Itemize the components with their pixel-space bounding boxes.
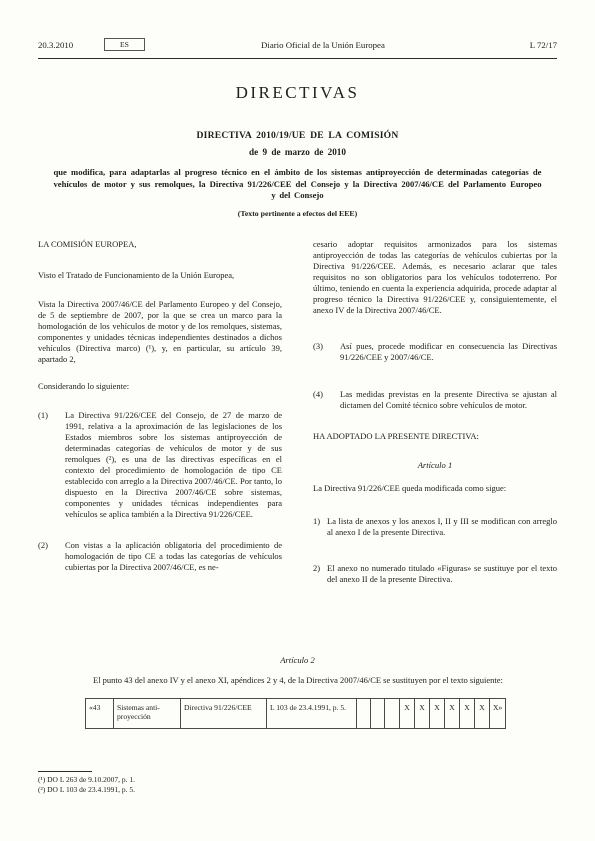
journal-title: Diario Oficial de la Unión Europea: [155, 40, 491, 50]
applicability-cell: X: [400, 698, 415, 728]
article-1-heading: Artículo 1: [313, 460, 557, 471]
applicability-cell: [371, 698, 385, 728]
recital-text: Las medidas previstas en la presente Dir…: [340, 389, 557, 411]
page-reference: L 72/17: [491, 40, 557, 50]
footnote-2: (²) DO L 103 de 23.4.1991, p. 5.: [38, 785, 135, 795]
footnotes-block: (¹) DO L 263 de 9.10.2007, p. 1. (²) DO …: [38, 771, 135, 795]
footnote-1: (¹) DO L 263 de 9.10.2007, p. 1.: [38, 775, 135, 785]
recital-number: (2): [38, 540, 65, 573]
annex-amendment-table: «43 Sistemas anti-proyección Directiva 9…: [85, 698, 506, 729]
item-text: El anexo no numerado titulado «Figuras» …: [327, 563, 557, 585]
article-1-intro: La Directiva 91/226/CEE queda modificada…: [313, 483, 557, 494]
vista-paragraph: Vista la Directiva 2007/46/CE del Parlam…: [38, 299, 282, 365]
article-2-section: Artículo 2 El punto 43 del anexo IV y el…: [38, 655, 557, 729]
applicability-cell: X: [430, 698, 445, 728]
article-2-heading: Artículo 2: [38, 655, 557, 665]
applicability-cell: [357, 698, 371, 728]
recital-3: (3) Así pues, procede modificar en conse…: [313, 341, 557, 363]
recital-2-continuation: cesario adoptar requisitos armonizados p…: [313, 239, 557, 316]
item-number-cell: «43: [86, 698, 114, 728]
eea-relevance-note: (Texto pertinente a efectos del EEE): [38, 209, 557, 218]
commission-opening: LA COMISIÓN EUROPEA,: [38, 239, 282, 250]
article-1-item-1: 1) La lista de anexos y los anexos I, II…: [313, 516, 557, 538]
applicability-cell: X: [460, 698, 475, 728]
footnote-rule: [38, 771, 92, 772]
table-row: «43 Sistemas anti-proyección Directiva 9…: [86, 698, 506, 728]
header-date: 20.3.2010: [38, 40, 104, 50]
recital-1: (1) La Directiva 91/226/CEE del Consejo,…: [38, 410, 282, 520]
visto-paragraph: Visto el Tratado de Funcionamiento de la…: [38, 270, 282, 281]
article-1-item-2: 2) El anexo no numerado titulado «Figura…: [313, 563, 557, 585]
applicability-cell: [385, 698, 400, 728]
article-2-intro: El punto 43 del anexo IV y el anexo XI, …: [93, 675, 540, 686]
item-number: 1): [313, 516, 327, 538]
applicability-cell: X: [415, 698, 430, 728]
recital-text: Con vistas a la aplicación obligatoria d…: [65, 540, 282, 573]
applicability-cell: X: [475, 698, 490, 728]
recital-text: La Directiva 91/226/CEE del Consejo, de …: [65, 410, 282, 520]
recital-number: (4): [313, 389, 340, 411]
language-badge: ES: [104, 38, 145, 51]
directive-title: DIRECTIVA 2010/19/UE DE LA COMISIÓN: [38, 130, 557, 141]
recital-text: Así pues, procede modificar en consecuen…: [340, 341, 557, 363]
considerando-line: Considerando lo siguiente:: [38, 381, 282, 392]
section-title: DIRECTIVAS: [38, 83, 557, 103]
applicability-cell: X: [445, 698, 460, 728]
recital-number: (1): [38, 410, 65, 520]
page-header: 20.3.2010 ES Diario Oficial de la Unión …: [38, 38, 557, 59]
recital-2: (2) Con vistas a la aplicación obligator…: [38, 540, 282, 573]
item-text: La lista de anexos y los anexos I, II y …: [327, 516, 557, 538]
adoption-line: HA ADOPTADO LA PRESENTE DIRECTIVA:: [313, 431, 557, 442]
left-column: LA COMISIÓN EUROPEA, Visto el Tratado de…: [38, 239, 282, 585]
directive-subtitle: que modifica, para adaptarlas al progres…: [54, 167, 542, 202]
recital-4: (4) Las medidas previstas en la presente…: [313, 389, 557, 411]
item-number: 2): [313, 563, 327, 585]
subject-cell: Sistemas anti-proyección: [114, 698, 181, 728]
journal-page: 20.3.2010 ES Diario Oficial de la Unión …: [0, 0, 595, 841]
directive-date: de 9 de marzo de 2010: [38, 147, 557, 157]
recital-number: (3): [313, 341, 340, 363]
right-column: cesario adoptar requisitos armonizados p…: [313, 239, 557, 585]
two-column-body: LA COMISIÓN EUROPEA, Visto el Tratado de…: [38, 239, 557, 585]
oj-reference-cell: L 103 de 23.4.1991, p. 5.: [267, 698, 357, 728]
applicability-cell: X»: [490, 698, 506, 728]
regulatory-act-cell: Directiva 91/226/CEE: [181, 698, 267, 728]
